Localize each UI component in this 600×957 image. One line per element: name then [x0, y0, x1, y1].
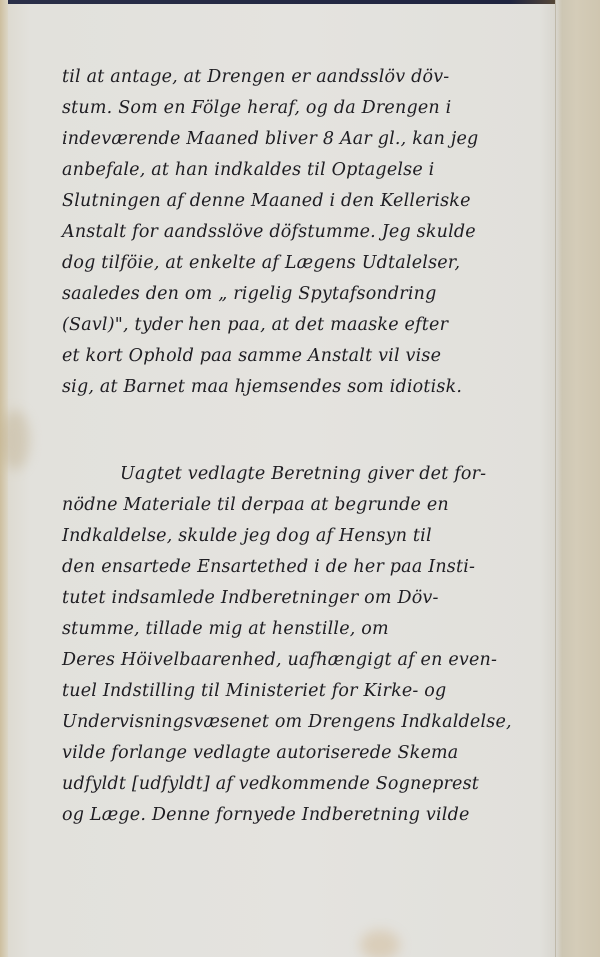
text-line: Slutningen af denne Maaned i den Kelleri…: [62, 186, 562, 217]
manuscript-page: til at antage, at Drengen er aandsslöv d…: [0, 0, 600, 957]
top-border-strip: [0, 0, 600, 4]
text-line: og Læge. Denne fornyede Indberetning vil…: [62, 800, 562, 831]
text-line: Undervisningsvæsenet om Drengens Indkald…: [62, 707, 562, 738]
text-line: saaledes den om „ rigelig Spytafsondring: [62, 279, 562, 310]
text-line: stum. Som en Fölge heraf, og da Drengen …: [62, 93, 562, 124]
paragraph-1: til at antage, at Drengen er aandsslöv d…: [62, 62, 562, 403]
text-line: den ensartede Ensartethed i de her paa I…: [62, 552, 562, 583]
text-line: nödne Materiale til derpaa at begrunde e…: [62, 490, 562, 521]
text-line: Anstalt for aandsslöve döfstumme. Jeg sk…: [62, 217, 562, 248]
text-line: stumme, tillade mig at henstille, om: [62, 614, 562, 645]
text-line: et kort Ophold paa samme Anstalt vil vis…: [62, 341, 562, 372]
page-left-edge: [0, 0, 8, 957]
text-line: tutet indsamlede Indberetninger om Döv-: [62, 583, 562, 614]
paragraph-2: Uagtet vedlagte Beretning giver det for-…: [62, 459, 562, 831]
text-line: dog tilföie, at enkelte af Lægens Udtale…: [62, 248, 562, 279]
text-line: Uagtet vedlagte Beretning giver det for-: [62, 459, 562, 490]
text-line: indeværende Maaned bliver 8 Aar gl., kan…: [62, 124, 562, 155]
paragraph-gap: [62, 403, 562, 459]
text-line: (Savl)", tyder hen paa, at det maaske ef…: [62, 310, 562, 341]
text-line: sig, at Barnet maa hjemsendes som idioti…: [62, 372, 562, 403]
text-line: vilde forlange vedlagte autoriserede Ske…: [62, 738, 562, 769]
text-line: Deres Höivelbaarenhed, uafhængigt af en …: [62, 645, 562, 676]
text-line: til at antage, at Drengen er aandsslöv d…: [62, 62, 562, 93]
text-line: udfyldt [udfyldt] af vedkommende Sognepr…: [62, 769, 562, 800]
handwritten-text: til at antage, at Drengen er aandsslöv d…: [62, 62, 562, 831]
paper-stain: [360, 930, 400, 957]
paper-stain: [0, 410, 30, 470]
text-line: tuel Indstilling til Ministeriet for Kir…: [62, 676, 562, 707]
text-line: Indkaldelse, skulde jeg dog af Hensyn ti…: [62, 521, 562, 552]
text-line: anbefale, at han indkaldes til Optagelse…: [62, 155, 562, 186]
